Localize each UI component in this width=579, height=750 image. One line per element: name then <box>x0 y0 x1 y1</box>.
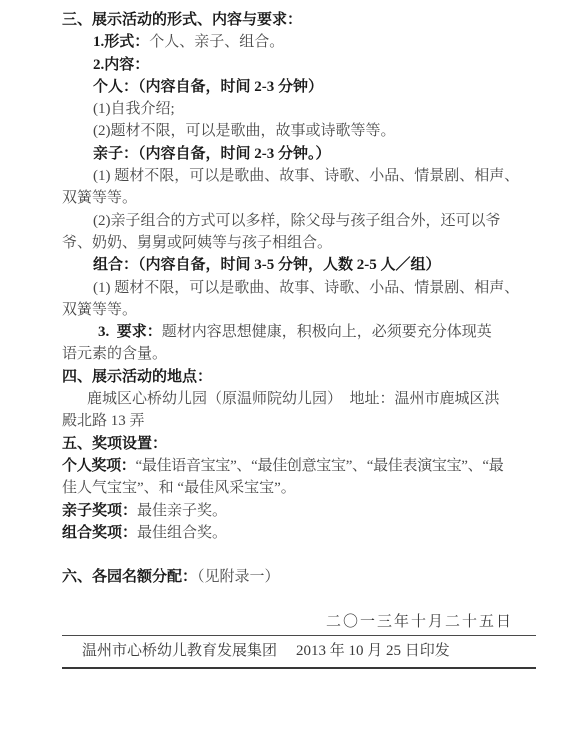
footer-issuer: 温州市心桥幼儿教育发展集团 <box>82 643 277 659</box>
doc-line: 亲子奖项：最佳亲子奖。 <box>62 500 517 522</box>
text-run: 最佳亲子奖。 <box>137 503 227 519</box>
bold-text-run: 三、展示活动的形式、内容与要求： <box>62 12 302 28</box>
bold-text-run: 组合奖项： <box>62 525 137 541</box>
text-run: (1) 题材不限，可以是歌曲、故事、诗歌、小品、情景剧、相声、 <box>93 280 519 296</box>
doc-line: 双簧等等。 <box>62 187 517 209</box>
doc-line: 殿北路 13 弄 <box>62 410 517 432</box>
doc-line: 个人：（内容自备，时间 2-3 分钟） <box>62 76 517 98</box>
text-run: 题材内容思想健康，积极向上，必须要充分体现英 <box>162 324 492 340</box>
date-line: 二〇一三年十月二十五日 <box>62 611 517 633</box>
doc-line: 个人奖项：“最佳语音宝宝”、“最佳创意宝宝”、“最佳表演宝宝”、“最 <box>62 455 517 477</box>
text-run: 语元素的含量。 <box>62 346 167 362</box>
text-run: （见附录一） <box>197 569 280 585</box>
bold-text-run: 四、展示活动的地点： <box>62 369 212 385</box>
text-run: (2)亲子组合的方式可以多样，除父母与孩子组合外，还可以爷 <box>93 213 501 229</box>
doc-line: 亲子：（内容自备，时间 2-3 分钟。） <box>62 143 517 165</box>
bold-text-run: 个人奖项： <box>62 458 136 474</box>
text-run: (1)自我介绍; <box>93 101 175 117</box>
doc-line: (1) 题材不限，可以是歌曲、故事、诗歌、小品、情景剧、相声、 <box>62 277 517 299</box>
section-heading: 五、奖项设置： <box>62 433 517 455</box>
bold-text-run: 个人：（内容自备，时间 2-3 分钟） <box>93 79 323 95</box>
footer-text-line: 温州市心桥幼儿教育发展集团2013 年 10 月 25 日印发 <box>62 636 536 667</box>
document-content: 三、展示活动的形式、内容与要求：1.形式：个人、亲子、组合。2.内容：个人：（内… <box>62 9 517 633</box>
text-run: (1) 题材不限，可以是歌曲、故事、诗歌、小品、情景剧、相声、 <box>93 168 519 184</box>
text-run: 二〇一三年十月二十五日 <box>326 614 513 630</box>
doc-line: 鹿城区心桥幼儿园（原温师院幼儿园） 地址：温州市鹿城区洪 <box>62 388 517 410</box>
bold-text-run: 1.形式： <box>93 34 149 50</box>
text-run: (2)题材不限，可以是歌曲，故事或诗歌等等。 <box>93 123 396 139</box>
doc-line: 语元素的含量。 <box>62 343 517 365</box>
text-run: 双簧等等。 <box>62 190 137 206</box>
text-run: 双簧等等。 <box>62 302 137 318</box>
bold-text-run: 2.内容： <box>93 57 149 73</box>
doc-line: (2)题材不限，可以是歌曲，故事或诗歌等等。 <box>62 120 517 142</box>
doc-line: (1)自我介绍; <box>62 98 517 120</box>
doc-line: 3. 要求：题材内容思想健康，积极向上，必须要充分体现英 <box>62 321 517 343</box>
doc-line: 2.内容： <box>62 54 517 76</box>
section-heading: 六、各园名额分配：（见附录一） <box>62 566 517 588</box>
doc-line: 双簧等等。 <box>62 299 517 321</box>
page-footer: 温州市心桥幼儿教育发展集团2013 年 10 月 25 日印发 <box>62 635 536 669</box>
section-heading: 三、展示活动的形式、内容与要求： <box>62 9 517 31</box>
text-run: 鹿城区心桥幼儿园（原温师院幼儿园） 地址：温州市鹿城区洪 <box>87 391 500 407</box>
text-run: 个人、亲子、组合。 <box>149 34 284 50</box>
doc-line: (2)亲子组合的方式可以多样，除父母与孩子组合外，还可以爷 <box>62 210 517 232</box>
footer-print-date: 2013 年 10 月 25 日印发 <box>296 643 450 659</box>
text-run: 最佳组合奖。 <box>137 525 227 541</box>
bold-text-run: 六、各园名额分配： <box>62 569 197 585</box>
bold-text-run: 五、奖项设置： <box>62 436 167 452</box>
doc-line: 爷、奶奶、舅舅或阿姨等与孩子相组合。 <box>62 232 517 254</box>
doc-line: (1) 题材不限，可以是歌曲、故事、诗歌、小品、情景剧、相声、 <box>62 165 517 187</box>
text-run: 爷、奶奶、舅舅或阿姨等与孩子相组合。 <box>62 235 332 251</box>
bold-text-run: 亲子：（内容自备，时间 2-3 分钟。） <box>93 146 331 162</box>
blank-line <box>62 544 517 566</box>
doc-line: 1.形式：个人、亲子、组合。 <box>62 31 517 53</box>
bold-text-run: 3. 要求： <box>98 324 162 340</box>
doc-line: 组合：（内容自备，时间 3-5 分钟，人数 2-5 人／组） <box>62 254 517 276</box>
text-run: 殿北路 13 弄 <box>62 413 145 429</box>
bold-text-run: 组合：（内容自备，时间 3-5 分钟，人数 2-5 人／组） <box>93 257 441 273</box>
doc-line: 佳人气宝宝”、和 “最佳风采宝宝”。 <box>62 477 517 499</box>
doc-line: 组合奖项：最佳组合奖。 <box>62 522 517 544</box>
bold-text-run: 亲子奖项： <box>62 503 137 519</box>
text-run: 佳人气宝宝”、和 “最佳风采宝宝”。 <box>62 480 296 496</box>
text-run: “最佳语音宝宝”、“最佳创意宝宝”、“最佳表演宝宝”、“最 <box>136 458 504 474</box>
blank-line <box>62 589 517 611</box>
section-heading: 四、展示活动的地点： <box>62 366 517 388</box>
document-page: 三、展示活动的形式、内容与要求：1.形式：个人、亲子、组合。2.内容：个人：（内… <box>0 0 579 750</box>
